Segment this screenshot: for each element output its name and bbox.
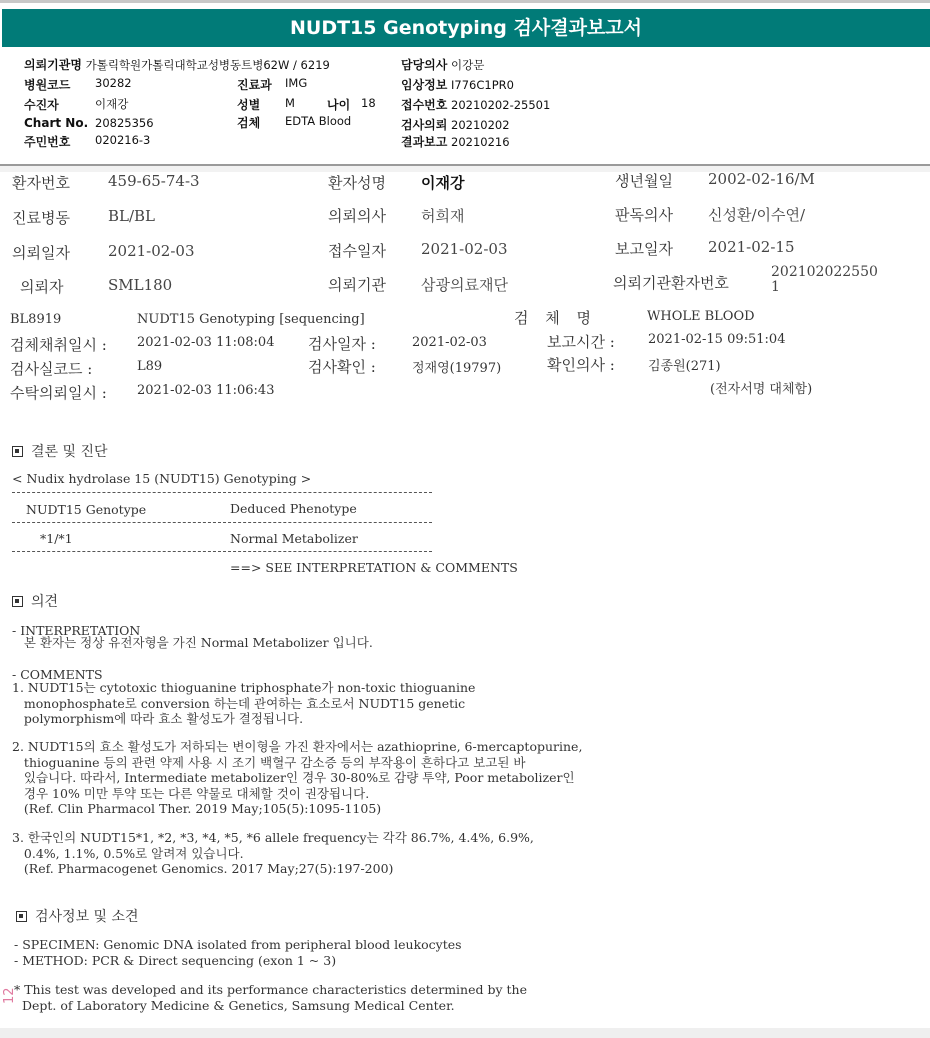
consign-value: 2021-02-03 11:06:43 (137, 383, 274, 398)
header-specimen: 검체 (237, 114, 260, 131)
header-result-date: 결과보고 20210216 (401, 133, 510, 150)
doctor-value: 김종원(271) (648, 355, 721, 374)
header-resident-no: 주민번호 (24, 133, 70, 150)
square-bullet-icon (16, 911, 27, 922)
label-requester: 의뢰자 (20, 276, 63, 297)
footer-bar (0, 1028, 930, 1038)
specimen-label: 검 체 명 (514, 307, 597, 328)
header-age-value: 18 (361, 96, 376, 110)
value-receipt-date: 2021-02-03 (421, 240, 507, 258)
disclaimer-note: * This test was developed and its perfor… (14, 982, 527, 1013)
header-request-date: 검사의뢰 20210202 (401, 116, 510, 133)
value-referring-institution: 삼광의료재단 (421, 274, 508, 295)
label-patient-name: 환자성명 (328, 172, 386, 193)
consign-label: 수탁의뢰일시 : (10, 382, 107, 403)
specimen-method: - SPECIMEN: Genomic DNA isolated from pe… (14, 937, 462, 968)
label-referring-doctor: 의뢰의사 (328, 205, 386, 226)
lab-code-value: L89 (137, 359, 162, 374)
header-receipt-no: 접수번호 20210202-25501 (401, 96, 550, 113)
header-sex-value: M (285, 96, 295, 110)
label-reading-doctor: 판독의사 (615, 204, 673, 225)
header-chart-no: Chart No. (24, 116, 88, 130)
test-date-label: 검사일자 : (308, 333, 376, 354)
header-attending: 담당의사 이강문 (401, 56, 484, 73)
page-number: 12 (2, 987, 17, 1004)
comment-3: 3. 한국인의 NUDT15*1, *2, *3, *4, *5, *6 all… (12, 830, 534, 877)
specimen-value: WHOLE BLOOD (647, 309, 755, 324)
lab-code-label: 검사실코드 : (10, 358, 92, 379)
value-report-date: 2021-02-15 (708, 238, 794, 256)
square-bullet-icon (12, 596, 23, 607)
header-patient-value: 이재강 (95, 96, 128, 112)
test-name: NUDT15 Genotyping [sequencing] (137, 312, 365, 327)
report-time-value: 2021-02-15 09:51:04 (648, 332, 785, 347)
comment-1: 1. NUDT15는 cytotoxic thioguanine triphos… (12, 680, 475, 727)
confirm-value: 정재영(19797) (412, 357, 501, 376)
square-bullet-icon (12, 446, 23, 457)
label-birthdate: 생년월일 (615, 170, 673, 191)
header-clinical-info: 임상정보 I776C1PR0 (401, 76, 514, 93)
collect-value: 2021-02-03 11:08:04 (137, 335, 274, 350)
col-phenotype: Deduced Phenotype (230, 501, 357, 517)
label-referring-institution: 의뢰기관 (328, 274, 386, 295)
header-resident-no-value: 020216-3 (95, 133, 150, 147)
header-sex: 성별 (237, 96, 260, 113)
phenotype-value: Normal Metabolizer (230, 531, 358, 547)
value-birthdate: 2002-02-16/M (708, 170, 815, 188)
label-patient-no: 환자번호 (12, 172, 70, 193)
header-institution: 의뢰기관명 가톨릭학원가톨릭대학교성병동트병62W / 6219 (24, 56, 330, 73)
label-institution-patient-no: 의뢰기관환자번호 (613, 272, 729, 293)
dashed-rule (12, 492, 432, 493)
label-report-date: 보고일자 (615, 238, 673, 259)
section-test-info: 검사정보 및 소견 (16, 906, 139, 926)
col-genotype: NUDT15 Genotype (26, 502, 146, 518)
section-conclusion: 결론 및 진단 (12, 441, 108, 461)
top-border (0, 0, 930, 3)
test-date-value: 2021-02-03 (412, 335, 487, 350)
header-department: 진료과 (237, 76, 272, 93)
header-department-value: IMG (285, 76, 307, 90)
interpretation-text: 본 환자는 정상 유전자형을 가진 Normal Metabolizer 입니다… (12, 635, 373, 651)
label-ward: 진료병동 (12, 207, 70, 228)
esign-note: (전자서명 대체함) (710, 378, 812, 397)
conclusion-subtitle: < Nudix hydrolase 15 (NUDT15) Genotyping… (12, 471, 311, 487)
doctor-label: 확인의사 : (547, 354, 615, 375)
header-hospital-code-value: 30282 (95, 76, 132, 90)
confirm-label: 검사확인 : (308, 356, 376, 377)
header-patient: 수진자 (24, 96, 59, 113)
value-ward: BL/BL (108, 207, 155, 225)
test-code: BL8919 (10, 312, 61, 327)
genotype-value: *1/*1 (40, 531, 73, 547)
header-hospital-code: 병원코드 (24, 76, 70, 93)
header-specimen-value: EDTA Blood (285, 114, 351, 128)
see-comments: ==> SEE INTERPRETATION & COMMENTS (230, 560, 518, 576)
dashed-rule (12, 551, 432, 552)
report-time-label: 보고시간 : (547, 331, 615, 352)
label-receipt-date: 접수일자 (328, 240, 386, 261)
value-referring-doctor: 허희재 (421, 205, 464, 226)
report-title: NUDT15 Genotyping 검사결과보고서 (2, 9, 930, 47)
section-opinion: 의견 (12, 591, 58, 611)
value-reading-doctor: 신성환/이수연/ (708, 204, 805, 225)
dashed-rule (12, 522, 432, 523)
collect-label: 검체채취일시 : (10, 334, 107, 355)
value-requester: SML180 (108, 276, 172, 294)
value-patient-name: 이재강 (421, 172, 464, 193)
label-request-date: 의뢰일자 (12, 242, 70, 263)
value-institution-patient-no: 2021020225501 (771, 265, 878, 295)
value-patient-no: 459-65-74-3 (108, 172, 200, 190)
value-request-date: 2021-02-03 (108, 242, 194, 260)
header-age: 나이 (327, 96, 350, 113)
header-chart-no-value: 20825356 (95, 116, 154, 130)
comment-2: 2. NUDT15의 효소 활성도가 저하되는 변이형을 가진 환자에서는 az… (12, 739, 582, 817)
